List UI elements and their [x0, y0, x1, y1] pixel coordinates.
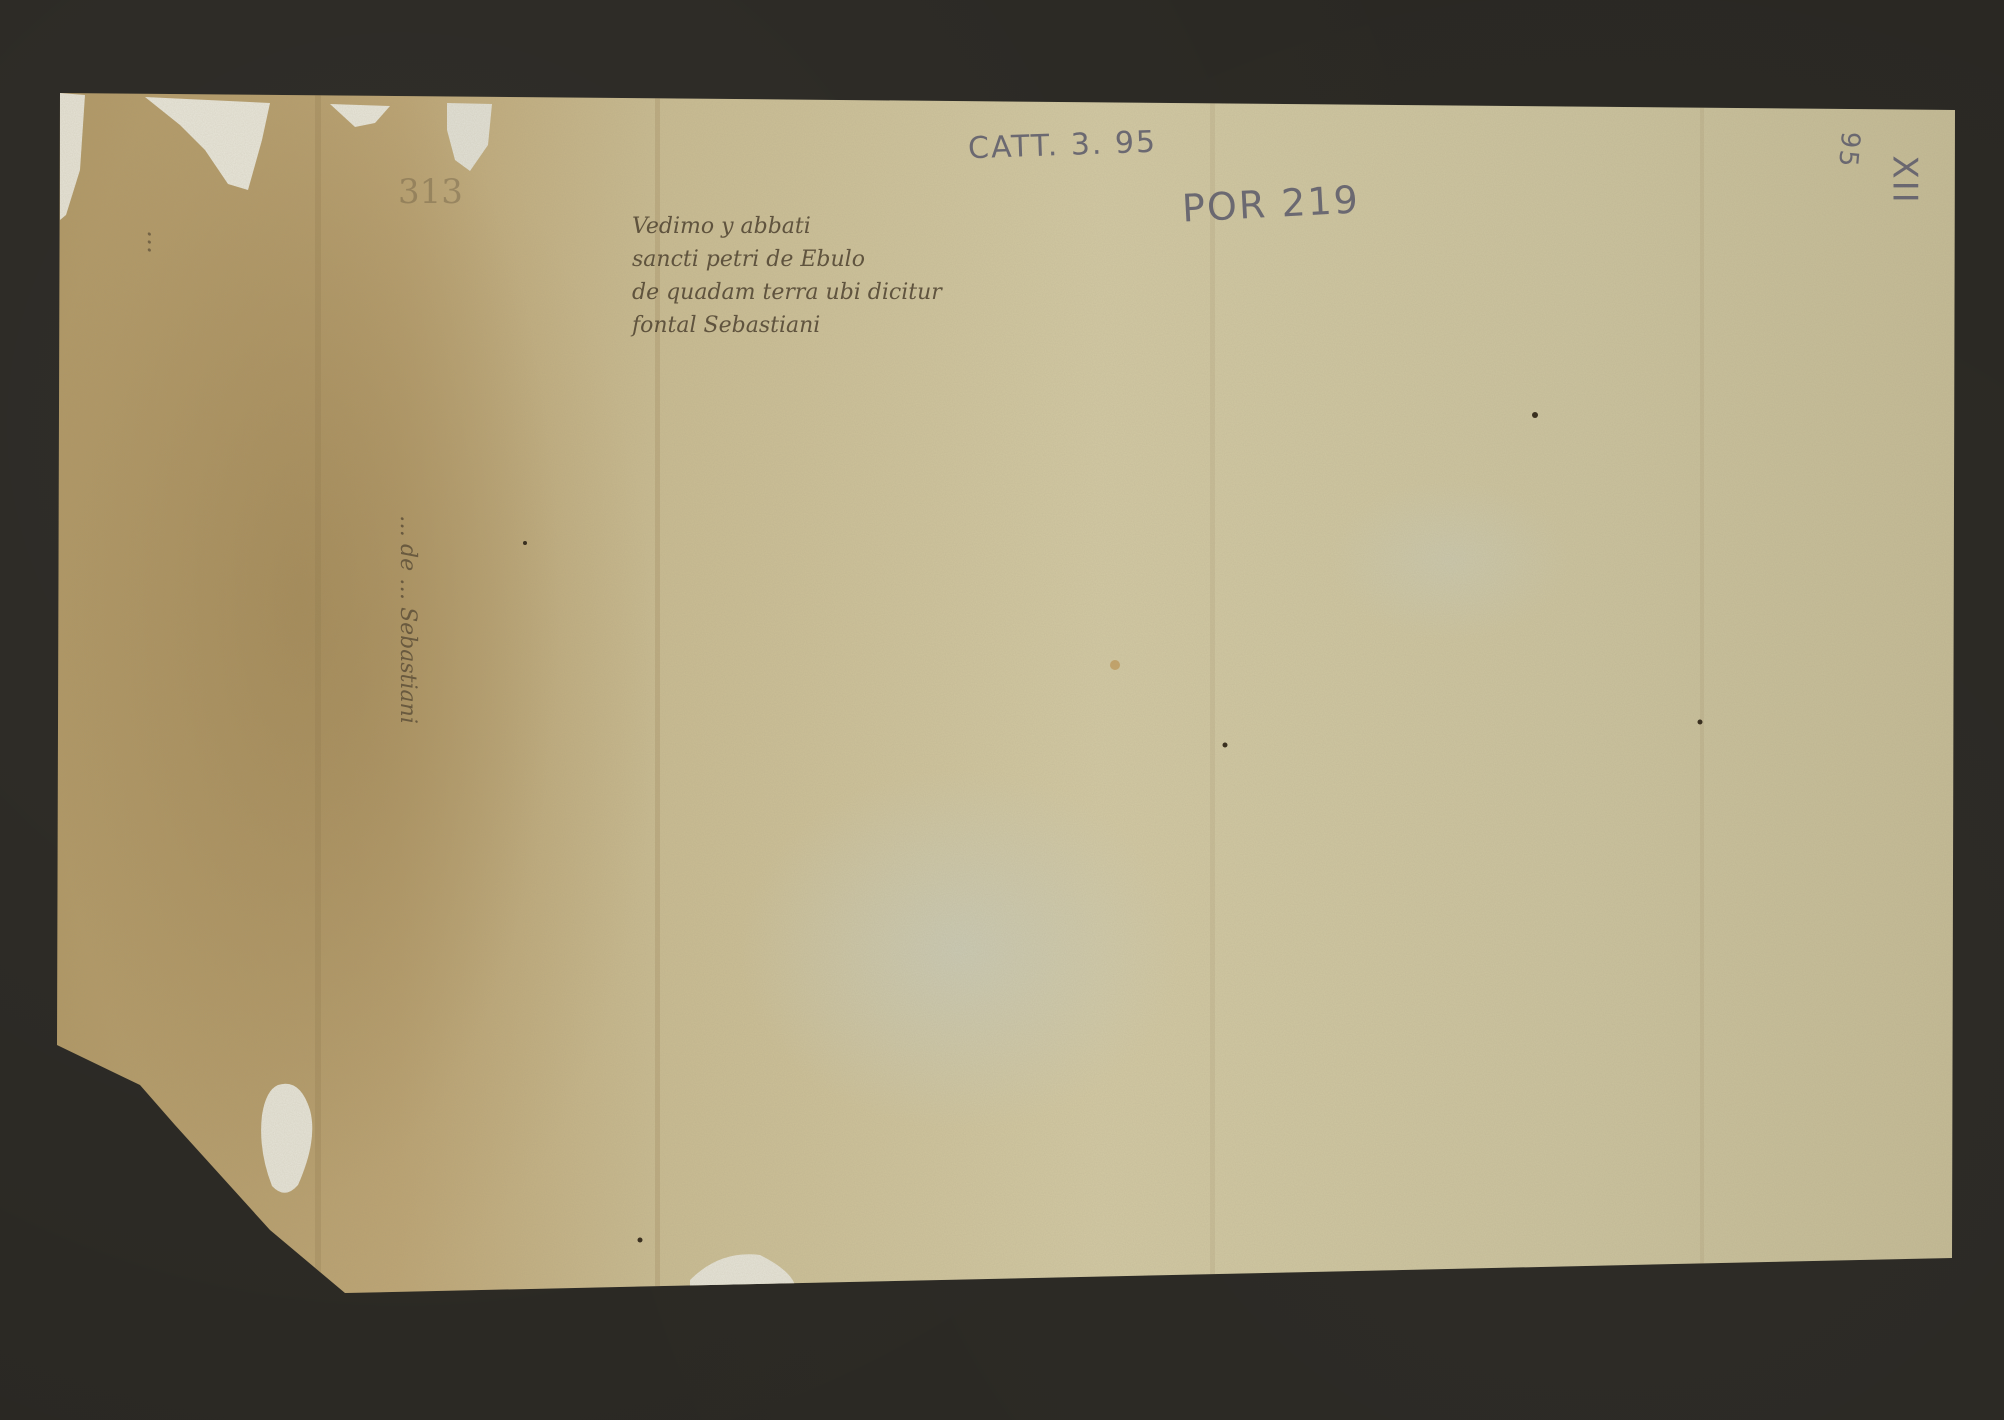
left-vertical-note-upper: …	[142, 230, 170, 254]
faint-number: 313	[398, 172, 463, 212]
dorsal-note-line: sancti petri de Ebulo	[632, 243, 942, 276]
pencil-number: POR 219	[1181, 177, 1361, 230]
dorsal-note-line: Vedimo y abbati	[632, 210, 942, 243]
dorsal-note-line: de quadam terra ubi dicitur	[632, 276, 942, 309]
dorsal-note-line: fontal Sebastiani	[632, 309, 942, 342]
pencil-shelfmark: CATT. 3. 95	[967, 125, 1157, 167]
pencil-numeral-rotated: XII	[1885, 155, 1925, 204]
middle-vertical-note: … de … Sebastiani	[395, 515, 420, 724]
parchment	[0, 0, 2004, 1420]
dorsal-note: Vedimo y abbati sancti petri de Ebulo de…	[632, 210, 942, 342]
pencil-number-rotated: 95	[1832, 130, 1865, 170]
